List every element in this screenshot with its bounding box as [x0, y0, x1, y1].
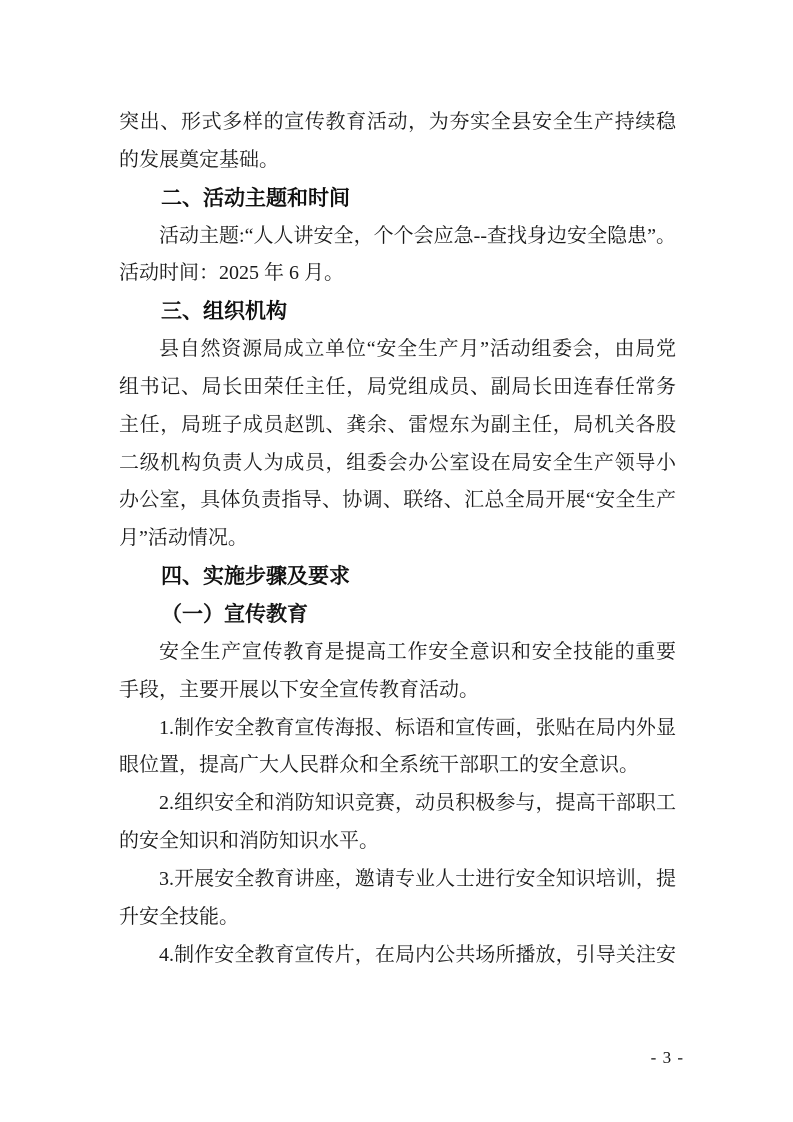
text-line: 1.制作安全教育宣传海报、标语和宣传画，张贴在局内外显	[119, 710, 676, 748]
subsection-heading: （一）宣传教育	[119, 596, 676, 634]
text-line: 突出、形式多样的宣传教育活动，为夯实全县安全生产持续稳定	[119, 104, 676, 142]
text-line: 2.组织安全和消防知识竞赛，动员积极参与，提高干部职工	[119, 785, 676, 823]
text-line: 组书记、局长田荣任主任，局党组成员、副局长田连春任常务副	[119, 369, 676, 407]
text-line: 县自然资源局成立单位“安全生产月”活动组委会，由局党	[119, 331, 676, 369]
text-line: 的安全知识和消防知识水平。	[119, 823, 676, 861]
text-line: 月”活动情况。	[119, 520, 676, 558]
section-heading: 四、实施步骤及要求	[119, 558, 676, 596]
section-heading: 三、组织机构	[119, 293, 676, 331]
text-line: 活动主题:“人人讲安全，个个会应急--查找身边安全隐患”。	[119, 218, 676, 256]
page-number: - 3 -	[651, 1048, 684, 1068]
text-line: 3.开展安全教育讲座，邀请专业人士进行安全知识培训，提	[119, 861, 676, 899]
document-page: 突出、形式多样的宣传教育活动，为夯实全县安全生产持续稳定的发展奠定基础。二、活动…	[0, 0, 793, 1122]
text-line: 升安全技能。	[119, 899, 676, 937]
text-line: 手段，主要开展以下安全宣传教育活动。	[119, 672, 676, 710]
text-line: 办公室，具体负责指导、协调、联络、汇总全局开展“安全生产	[119, 482, 676, 520]
section-heading: 二、活动主题和时间	[119, 180, 676, 218]
text-line: 的发展奠定基础。	[119, 142, 676, 180]
text-line: 安全生产宣传教育是提高工作安全意识和安全技能的重要	[119, 634, 676, 672]
text-line: 眼位置，提高广大人民群众和全系统干部职工的安全意识。	[119, 747, 676, 785]
text-line: 4.制作安全教育宣传片，在局内公共场所播放，引导关注安	[119, 937, 676, 975]
text-line: 活动时间：2025 年 6 月。	[119, 255, 676, 293]
text-line: 二级机构负责人为成员，组委会办公室设在局安全生产领导小组	[119, 445, 676, 483]
document-body: 突出、形式多样的宣传教育活动，为夯实全县安全生产持续稳定的发展奠定基础。二、活动…	[119, 104, 676, 974]
text-line: 主任，局班子成员赵凯、龚余、雷煜东为副主任，局机关各股室、	[119, 407, 676, 445]
